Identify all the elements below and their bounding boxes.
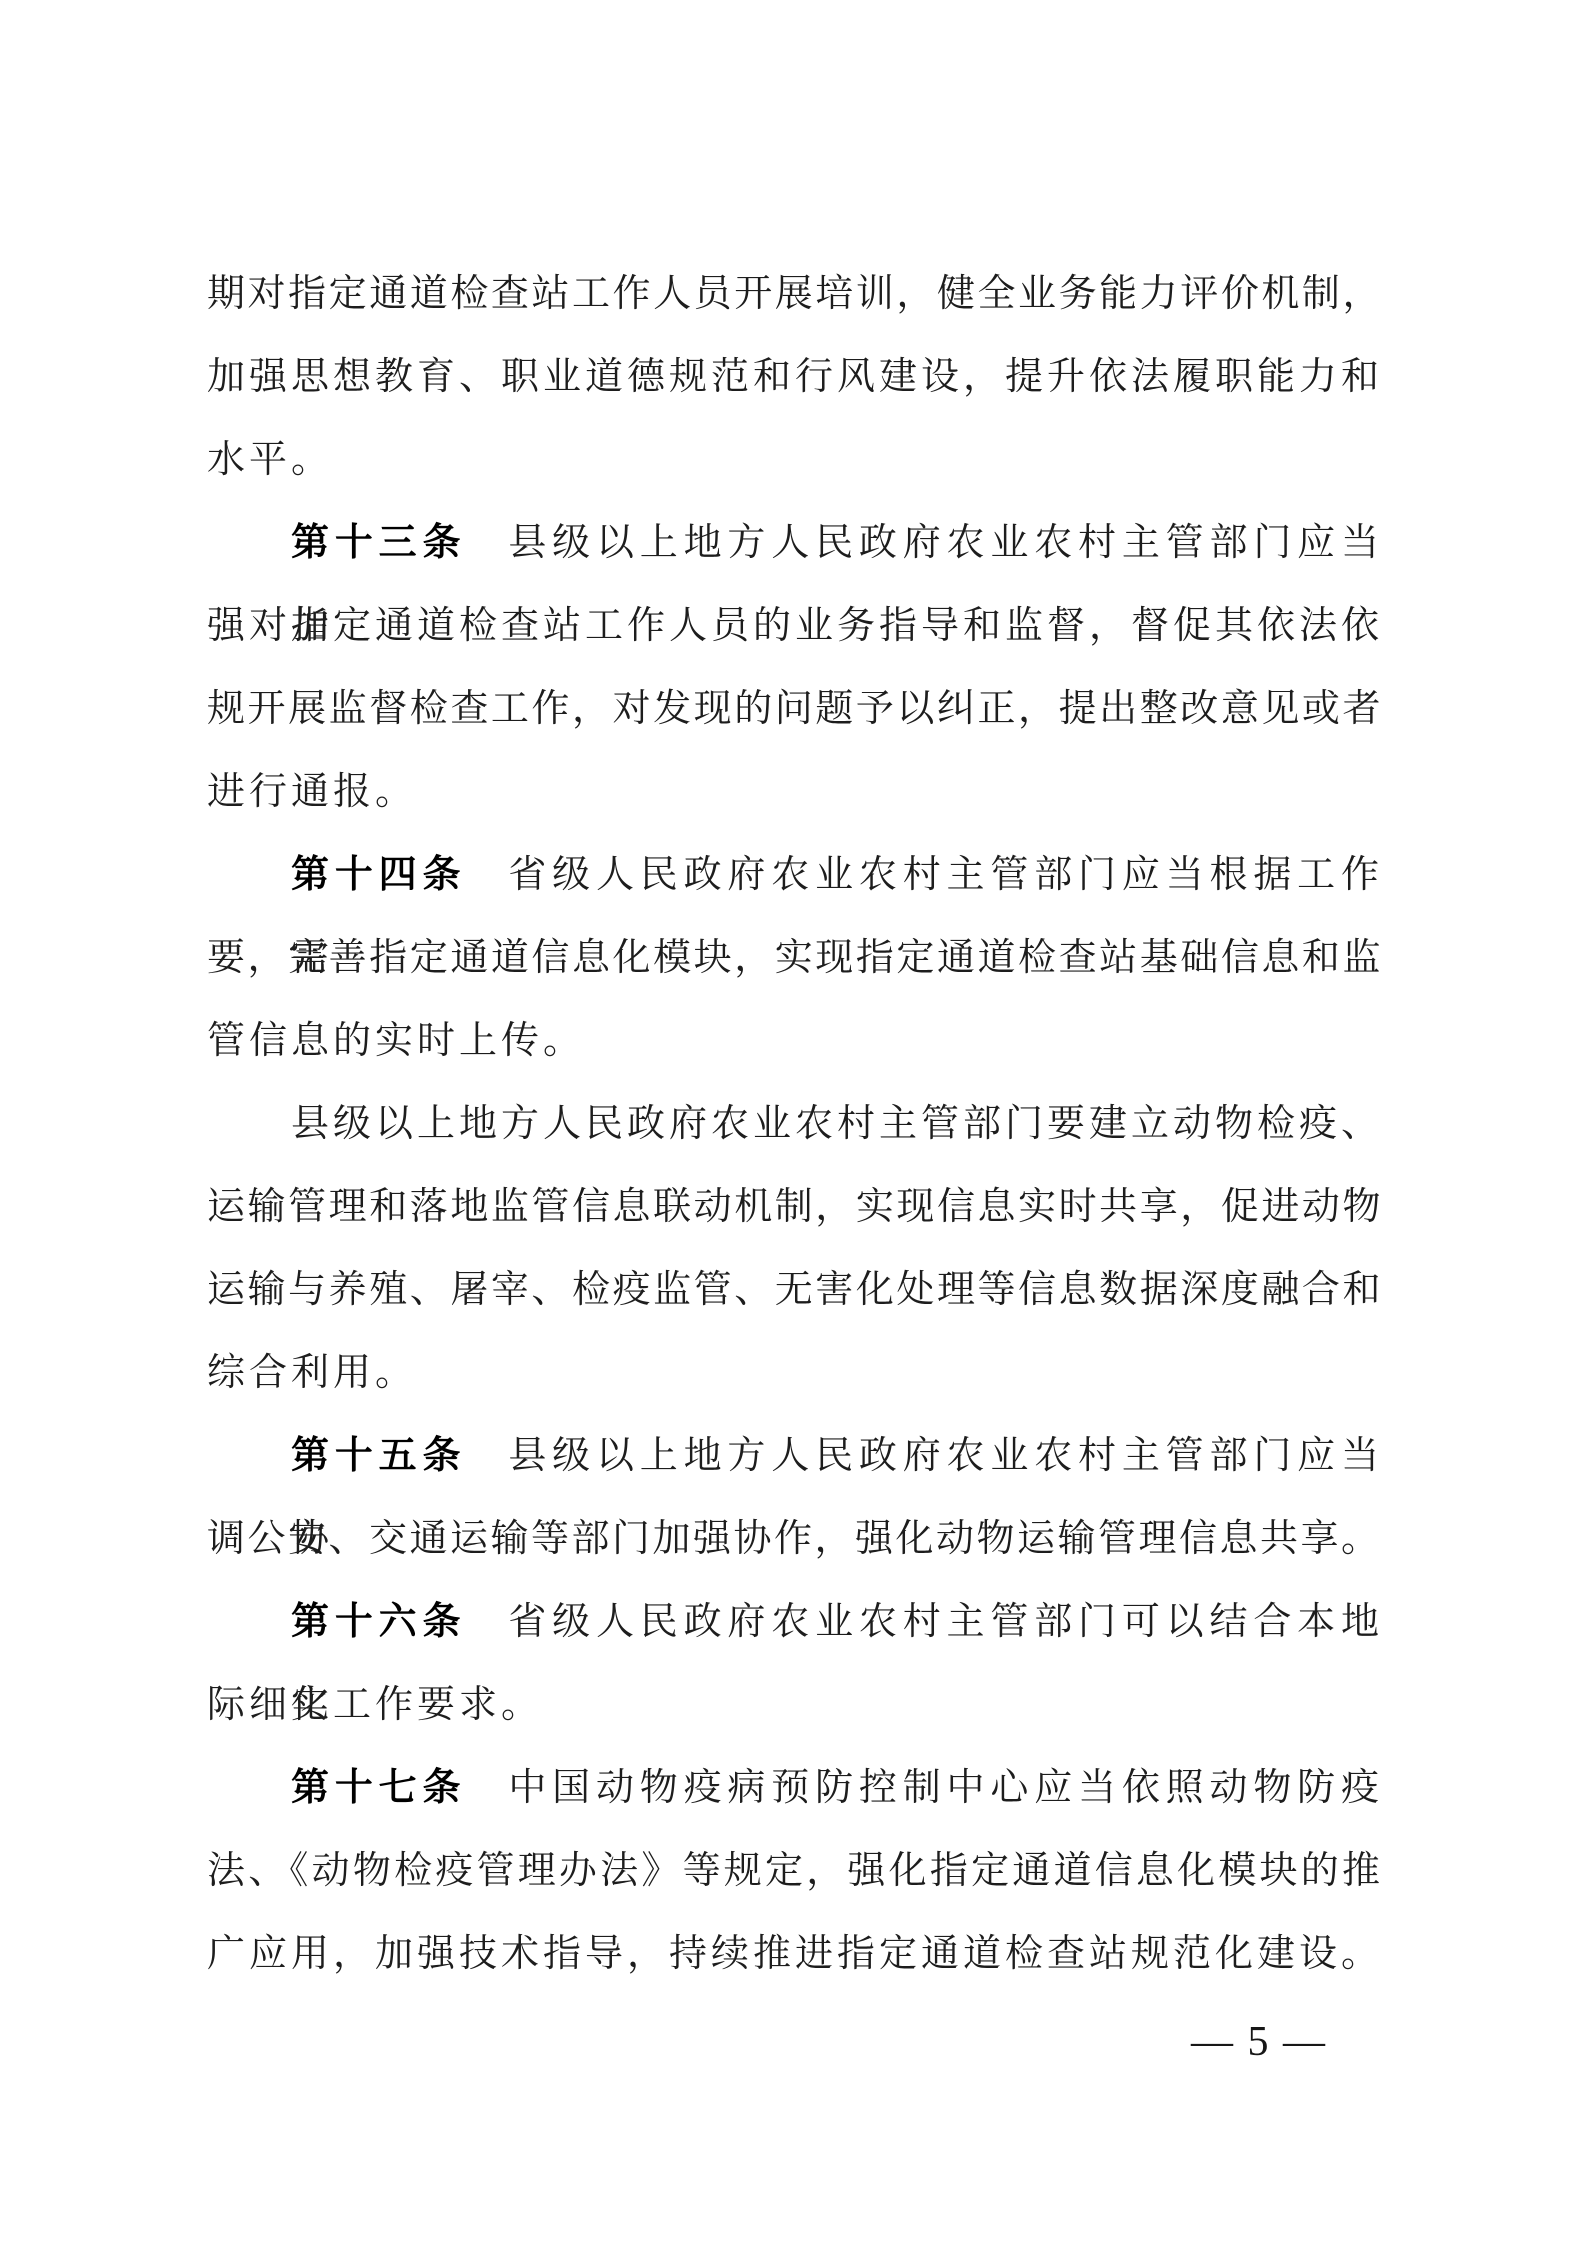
text-line: 运输与养殖、屠宰、检疫监管、无害化处理等信息数据深度融合和: [207, 1249, 1383, 1332]
text-line: 法、《动物检疫管理办法》等规定，强化指定通道信息化模块的推: [207, 1830, 1383, 1913]
text-line: 第十六条省级人民政府农业农村主管部门可以结合本地实: [207, 1581, 1383, 1664]
text-line: 加强思想教育、职业道德规范和行风建设，提升依法履职能力和: [207, 336, 1383, 419]
text-line: 水平。: [207, 419, 1383, 502]
article-number: 第十七条: [291, 1767, 466, 1809]
text-line: 广应用，加强技术指导，持续推进指定通道检查站规范化建设。: [207, 1913, 1383, 1996]
page-number: — 5 —: [1191, 2021, 1327, 2063]
text-line: 第十五条县级以上地方人民政府农业农村主管部门应当协: [207, 1415, 1383, 1498]
text-line: 际细化工作要求。: [207, 1664, 1383, 1747]
text-line: 运输管理和落地监管信息联动机制，实现信息实时共享，促进动物: [207, 1166, 1383, 1249]
text-line: 管信息的实时上传。: [207, 1000, 1383, 1083]
text-line: 县级以上地方人民政府农业农村主管部门要建立动物检疫、: [207, 1083, 1383, 1166]
article-number: 第十五条: [291, 1435, 466, 1477]
text-line: 进行通报。: [207, 751, 1383, 834]
text-line: 规开展监督检查工作，对发现的问题予以纠正，提出整改意见或者: [207, 668, 1383, 751]
text-line: 第十七条中国动物疫病预防控制中心应当依照动物防疫: [207, 1747, 1383, 1830]
article-number: 第十六条: [291, 1601, 466, 1643]
text-line: 调公安、交通运输等部门加强协作，强化动物运输管理信息共享。: [207, 1498, 1383, 1581]
document-page: 期对指定通道检查站工作人员开展培训，健全业务能力评价机制，加强思想教育、职业道德…: [0, 0, 1587, 2245]
text-block: 期对指定通道检查站工作人员开展培训，健全业务能力评价机制，加强思想教育、职业道德…: [207, 253, 1383, 1996]
text-line: 强对指定通道检查站工作人员的业务指导和监督，督促其依法依: [207, 585, 1383, 668]
text-line: 要，完善指定通道信息化模块，实现指定通道检查站基础信息和监: [207, 917, 1383, 1000]
text-line: 第十四条省级人民政府农业农村主管部门应当根据工作需: [207, 834, 1383, 917]
text-line: 期对指定通道检查站工作人员开展培训，健全业务能力评价机制，: [207, 253, 1383, 336]
article-text: 中国动物疫病预防控制中心应当依照动物防疫: [508, 1767, 1383, 1809]
text-line: 第十三条县级以上地方人民政府农业农村主管部门应当加: [207, 502, 1383, 585]
article-number: 第十四条: [291, 854, 466, 896]
text-line: 综合利用。: [207, 1332, 1383, 1415]
article-number: 第十三条: [291, 522, 466, 564]
